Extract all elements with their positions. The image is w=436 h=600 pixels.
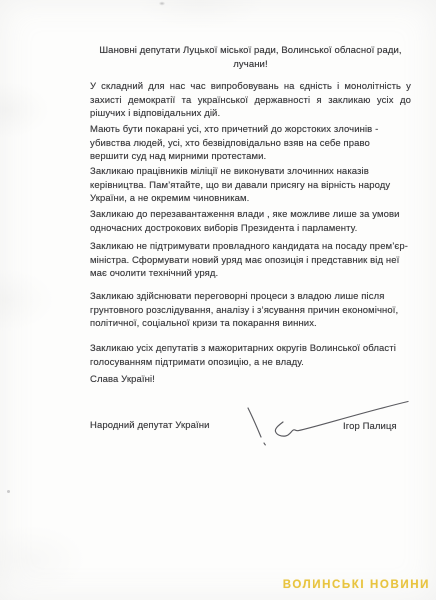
scan-smudge	[7, 490, 10, 493]
paragraph-negotiations: Закликаю здійснювати переговорні процеси…	[90, 290, 411, 331]
salutation-line-1: Шановні депутати Луцької міської ради, В…	[99, 45, 401, 56]
closing-slava-ukraini: Слава Україні!	[90, 373, 411, 387]
salutation: Шановні депутати Луцької міської ради, В…	[90, 44, 411, 71]
volynski-novyny-watermark: ВОЛИНСЬКІ НОВИНИ	[283, 579, 430, 591]
signatory-name: Ігор Палиця	[343, 420, 413, 434]
scanned-letter-page: Шановні депутати Луцької міської ради, В…	[0, 0, 436, 600]
paragraph-deputies-vote: Закликаю усіх депутатів з мажоритарних о…	[90, 342, 411, 369]
paragraph-reboot-power: Закликаю до перезавантаження влади , яке…	[90, 208, 411, 235]
paragraph-unity-call: У складний для нас час випробовувань на …	[90, 80, 411, 121]
paragraph-police-appeal: Закликаю працівників міліції не виконува…	[90, 165, 411, 206]
paragraph-prime-minister: Закликаю не підтримувати провладного кан…	[90, 240, 411, 281]
paragraph-punish-crimes: Мають бути покарані усі, хто причетний д…	[90, 123, 411, 164]
signature-title: Народний депутат України	[90, 419, 250, 433]
salutation-line-2: лучани!	[233, 59, 267, 70]
scan-smudge	[158, 1, 166, 6]
